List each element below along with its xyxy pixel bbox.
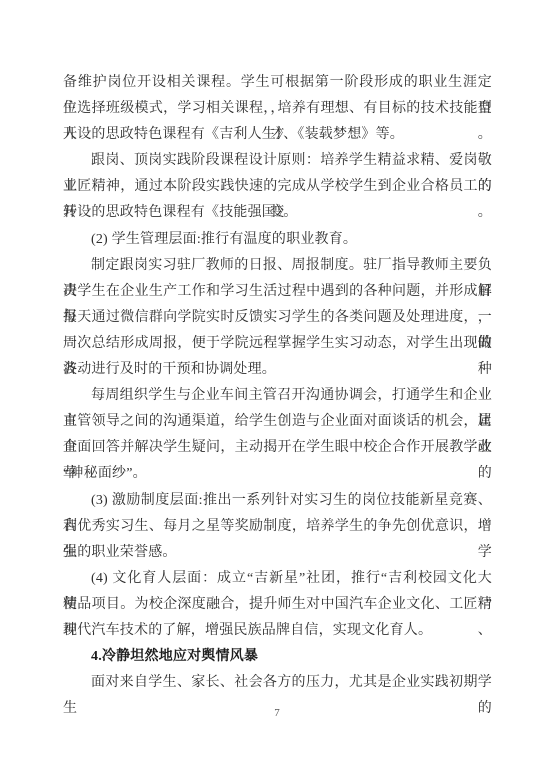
text-line: 精品项目。为校企深度融合，提升师生对中国汽车企业文化、工匠精神、 <box>63 592 492 618</box>
page-number: 7 <box>0 706 554 720</box>
text-line: 直面回答并解决学生疑问，主动揭开在学生眼中校企合作开展教学改革的 <box>63 435 492 461</box>
text-line: 现代汽车技术的了解，增强民族品牌自信，实现文化育人。 <box>63 618 492 644</box>
text-line: (3) 激励制度层面:推出一系列针对实习生的岗位技能新星竞赛、吉 <box>63 488 492 514</box>
text-line: 一次总结形成周报，便于学院远程掌握学生实习动态，对学生出现的各种 <box>63 331 492 357</box>
text-line: 面对来自学生、家长、社会各方的压力，尤其是企业实践初期学生的 <box>63 670 492 696</box>
document-page: 备维护岗位开设相关课程。学生可根据第一阶段形成的职业生涯定位，自主选择班级模式，… <box>0 0 554 784</box>
text-line: 每周组织学生与企业车间主管召开沟通协调会，打通学生和企业直属 <box>63 383 492 409</box>
text-line: 主管领导之间的沟通渠道，给学生创造与企业面对面谈话的机会，让企业 <box>63 409 492 435</box>
text-line: 工匠精神，通过本阶段实践快速的完成从学校学生到企业合格员工的转变。 <box>63 174 492 200</box>
text-line: 主选择班级模式，学习相关课程，培养有理想、有目标的技术技能型人才。 <box>63 96 492 122</box>
heading-line: 4.冷静坦然地应对舆情风暴 <box>63 644 492 670</box>
text-line: (4) 文化育人层面：成立“吉新星”社团，推行“吉利校园文化大使” <box>63 566 492 592</box>
text-line: 每天通过微信群向学院实时反馈实习学生的各类问题及处理进度，一周做 <box>63 305 492 331</box>
text-line: 备维护岗位开设相关课程。学生可根据第一阶段形成的职业生涯定位，自 <box>63 70 492 96</box>
text-line: 决学生在企业生产工作和学习生活过程中遇到的各种问题，并形成日报， <box>63 279 492 305</box>
document-body: 备维护岗位开设相关课程。学生可根据第一阶段形成的职业生涯定位，自主选择班级模式，… <box>63 70 492 696</box>
text-line: 跟岗、顶岗实践阶段课程设计原则：培养学生精益求精、爱岗敬业的 <box>63 148 492 174</box>
text-line: 利优秀实习生、每月之星等奖励制度，培养学生的争先创优意识，增强学 <box>63 514 492 540</box>
text-line: 制定跟岗实习驻厂教师的日报、周报制度。驻厂指导教师主要负责解 <box>63 253 492 279</box>
text-line: (2) 学生管理层面:推行有温度的职业教育。 <box>63 227 492 253</box>
